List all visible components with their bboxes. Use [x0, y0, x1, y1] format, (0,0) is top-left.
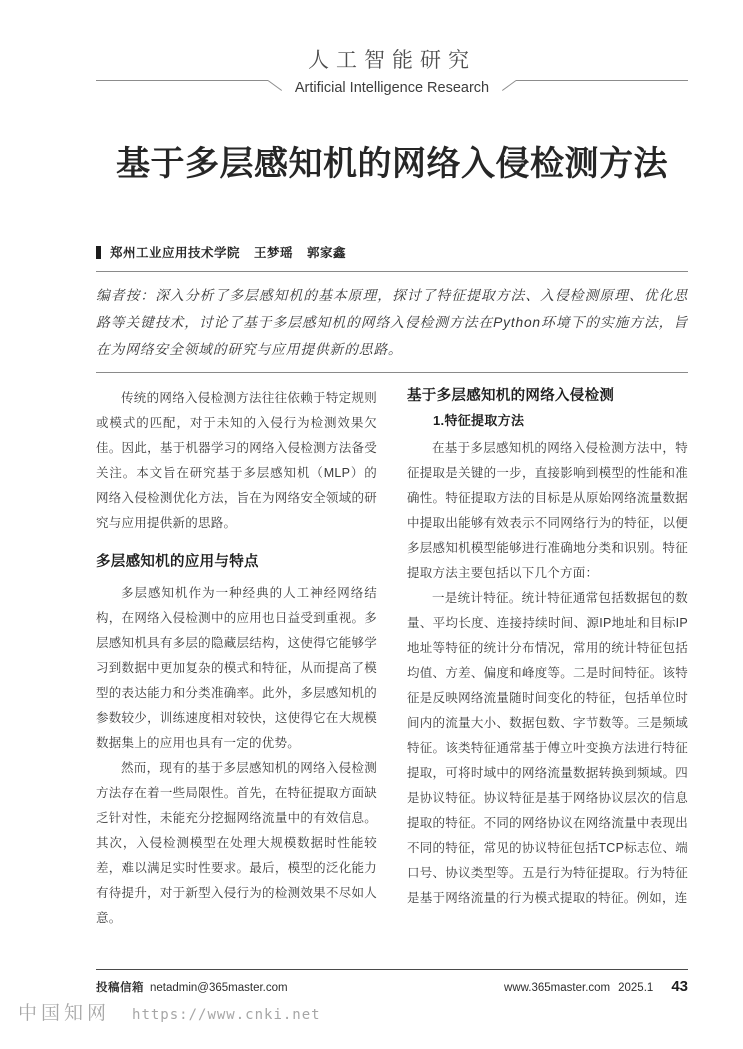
journal-name-en-row: Artificial Intelligence Research	[96, 78, 688, 97]
sub-heading: 1.特征提取方法	[407, 411, 688, 430]
mailbox-label: 投稿信箱	[96, 979, 144, 995]
header-rule-left	[96, 80, 268, 81]
body-paragraph: 然而，现有的基于多层感知机的网络入侵检测方法存在着一些局限性。首先，在特征提取方…	[96, 756, 377, 931]
watermark-site-url: https://www.cnki.net	[132, 1007, 321, 1023]
journal-name-en: Artificial Intelligence Research	[285, 78, 499, 97]
footer-issue-info: www.365master.com 2025.1 43	[504, 978, 688, 995]
header-ornament-left	[268, 80, 282, 91]
mailbox-email: netadmin@365master.com	[150, 982, 288, 994]
page-number: 43	[671, 978, 688, 995]
header-rule-right	[516, 80, 688, 81]
article-body: 传统的网络入侵检测方法往往依赖于特定规则或模式的匹配，对于未知的入侵行为检测效果…	[96, 386, 688, 931]
author-line: 郑州工业应用技术学院 王梦瑶 郭家鑫	[96, 243, 688, 261]
author-name: 王梦瑶	[254, 243, 293, 261]
footer-website: www.365master.com	[504, 982, 610, 994]
journal-name-cn: 人工智能研究	[96, 44, 688, 74]
section-heading: 多层感知机的应用与特点	[96, 552, 377, 572]
header-ornament-right	[502, 80, 516, 91]
body-paragraph: 一是统计特征。统计特征通常包括数据包的数量、平均长度、连接持续时间、源IP地址和…	[407, 586, 688, 911]
journal-header: 人工智能研究 Artificial Intelligence Research	[96, 44, 688, 97]
intro-paragraph: 传统的网络入侵检测方法往往依赖于特定规则或模式的匹配，对于未知的入侵行为检测效果…	[96, 386, 377, 536]
section-heading: 基于多层感知机的网络入侵检测	[407, 386, 688, 406]
magazine-page: 人工智能研究 Artificial Intelligence Research …	[0, 0, 743, 1049]
body-paragraph: 在基于多层感知机的网络入侵检测方法中，特征提取是关键的一步，直接影响到模型的性能…	[407, 436, 688, 586]
footer-issue: 2025.1	[618, 982, 653, 994]
author-marker-bar	[96, 246, 101, 259]
cnki-watermark: 中国知网 https://www.cnki.net	[18, 998, 321, 1025]
footer-mailbox: 投稿信箱 netadmin@365master.com	[96, 979, 288, 995]
body-paragraph: 多层感知机作为一种经典的人工神经网络结构，在网络入侵检测中的应用也日益受到重视。…	[96, 581, 377, 756]
page-footer: 投稿信箱 netadmin@365master.com www.365maste…	[96, 969, 688, 995]
right-column: 基于多层感知机的网络入侵检测 1.特征提取方法 在基于多层感知机的网络入侵检测方…	[407, 386, 688, 931]
left-column: 传统的网络入侵检测方法往往依赖于特定规则或模式的匹配，对于未知的入侵行为检测效果…	[96, 386, 377, 931]
article-title: 基于多层感知机的网络入侵检测方法	[96, 136, 688, 185]
editor-note: 编者按：深入分析了多层感知机的基本原理，探讨了特征提取方法、入侵检测原理、优化思…	[96, 271, 688, 373]
affiliation: 郑州工业应用技术学院	[110, 243, 240, 261]
editor-note-text: 编者按：深入分析了多层感知机的基本原理，探讨了特征提取方法、入侵检测原理、优化思…	[96, 282, 688, 363]
author-name: 郭家鑫	[307, 243, 346, 261]
watermark-site-name: 中国知网	[18, 998, 110, 1025]
